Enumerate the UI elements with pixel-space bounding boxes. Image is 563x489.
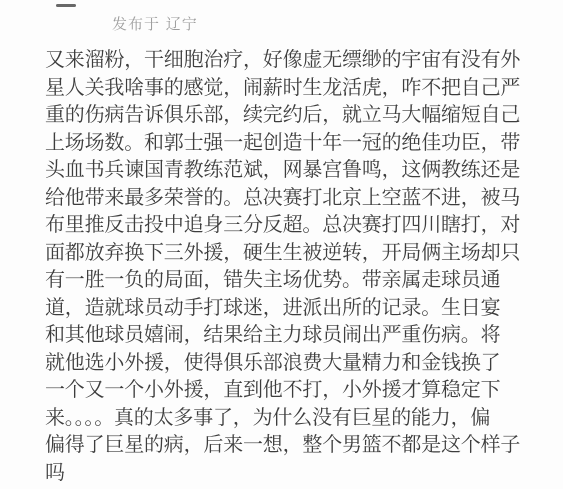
post-text-line: 就他选小外援，使得俱乐部浪费大量精力和金钱换了 bbox=[45, 349, 545, 377]
post-text-line: 布里推反击投中追身三分反超。总决赛打四川瞎打，对 bbox=[45, 211, 545, 239]
publish-location-label: 发布于 辽宁 bbox=[112, 15, 198, 33]
post-text-line: 星人关我啥事的感觉，闹薪时生龙活虎，咋不把自己严 bbox=[45, 74, 545, 102]
post-text-line: 一个又一个小外援，直到他不打，小外援才算稳定下 bbox=[45, 376, 545, 404]
post-view: 发布于 辽宁 又来溜粉，干细胞治疗，好像虚无缥缈的宇宙有没有外 星人关我啥事的感… bbox=[0, 0, 563, 489]
post-text-line: 道，造就球员动手打球迷，进派出所的记录。生日宴 bbox=[45, 294, 545, 322]
post-text-line: 给他带来最多荣誉的。总决赛打北京上空蓝不进，被马 bbox=[45, 184, 545, 212]
post-text-line: 重的伤病告诉俱乐部，续完约后，就立马大幅缩短自己 bbox=[45, 101, 545, 129]
post-text-line: 有一胜一负的局面，错失主场优势。带亲属走球员通 bbox=[45, 266, 545, 294]
post-text-line: 来。。。。真的太多事了，为什么没有巨星的能力，偏 bbox=[45, 404, 545, 432]
post-body: 又来溜粉，干细胞治疗，好像虚无缥缈的宇宙有没有外 星人关我啥事的感觉，闹薪时生龙… bbox=[45, 46, 545, 486]
post-text-line: 面都放弃换下三外援，硬生生被逆转，开局俩主场却只 bbox=[45, 239, 545, 267]
post-text-line: 吗 bbox=[45, 459, 545, 487]
post-text-line: 头血书兵谏国青教练范斌，网暴宫鲁鸣，这俩教练还是 bbox=[45, 156, 545, 184]
post-text-line: 上场场数。和郭士强一起创造十年一冠的绝佳功臣，带 bbox=[45, 129, 545, 157]
truncated-text-remnant bbox=[56, 4, 76, 7]
post-text-line: 和其他球员嬉闹，结果给主力球员闹出严重伤病。将 bbox=[45, 321, 545, 349]
post-text-line: 偏得了巨星的病，后来一想，整个男篮不都是这个样子 bbox=[45, 431, 545, 459]
post-text-line: 又来溜粉，干细胞治疗，好像虚无缥缈的宇宙有没有外 bbox=[45, 46, 545, 74]
